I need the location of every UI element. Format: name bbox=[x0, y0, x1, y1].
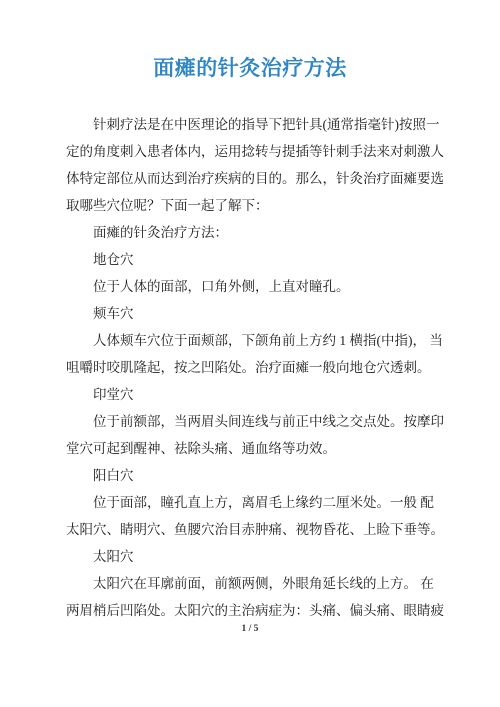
paragraph: 太阳穴 bbox=[66, 543, 444, 570]
page-number: 1 / 5 bbox=[0, 622, 500, 636]
text-line: 太阳穴、睛明穴、鱼腰穴治目赤肿痛、视物昏花、上睑下垂等。 bbox=[66, 516, 444, 543]
text-line: 两眉梢后凹陷处。太阳穴的主治病症为：头痛、偏头痛、眼睛疲 bbox=[66, 597, 444, 624]
text-line: 针刺疗法是在中医理论的指导下把针具(通常指毫针)按照一 bbox=[66, 111, 444, 138]
paragraph: 地仓穴 bbox=[66, 246, 444, 273]
text-line: 体特定部位从而达到治疗疾病的目的。那么，针灸治疗面瘫要选 bbox=[66, 165, 444, 192]
text-line: 定的角度刺入患者体内，运用捻转与提插等针刺手法来对刺激人 bbox=[66, 138, 444, 165]
text-line: 位于人体的面部，口角外侧，上直对瞳孔。 bbox=[66, 273, 444, 300]
paragraph: 印堂穴 bbox=[66, 381, 444, 408]
page-title: 面瘫的针灸治疗方法 bbox=[0, 52, 500, 82]
text-line: 地仓穴 bbox=[66, 246, 444, 273]
paragraph: 阳白穴 bbox=[66, 462, 444, 489]
text-line: 堂穴可起到醒神、祛除头痛、通血络等功效。 bbox=[66, 435, 444, 462]
text-line: 面瘫的针灸治疗方法： bbox=[66, 219, 444, 246]
text-line: 位于面部，瞳孔直上方，离眉毛上缘约二厘米处。一般 配 bbox=[66, 489, 444, 516]
text-line: 位于前额部，当两眉头间连线与前正中线之交点处。按摩印 bbox=[66, 408, 444, 435]
paragraph: 人体颊车穴位于面颊部，下颌角前上方约 1 横指(中指)， 当咀嚼时咬肌隆起，按之… bbox=[66, 327, 444, 381]
document-body: 针刺疗法是在中医理论的指导下把针具(通常指毫针)按照一定的角度刺入患者体内，运用… bbox=[66, 111, 444, 624]
text-line: 太阳穴在耳廓前面，前额两侧，外眼角延长线的上方。 在 bbox=[66, 570, 444, 597]
text-line: 人体颊车穴位于面颊部，下颌角前上方约 1 横指(中指)， 当 bbox=[66, 327, 444, 354]
text-line: 阳白穴 bbox=[66, 462, 444, 489]
paragraph: 面瘫的针灸治疗方法： bbox=[66, 219, 444, 246]
paragraph: 位于面部，瞳孔直上方，离眉毛上缘约二厘米处。一般 配太阳穴、睛明穴、鱼腰穴治目赤… bbox=[66, 489, 444, 543]
text-line: 取哪些穴位呢？下面一起了解下： bbox=[66, 192, 444, 219]
text-line: 太阳穴 bbox=[66, 543, 444, 570]
paragraph: 太阳穴在耳廓前面，前额两侧，外眼角延长线的上方。 在两眉梢后凹陷处。太阳穴的主治… bbox=[66, 570, 444, 624]
text-line: 咀嚼时咬肌隆起，按之凹陷处。治疗面瘫一般向地仓穴透刺。 bbox=[66, 354, 444, 381]
paragraph: 颊车穴 bbox=[66, 300, 444, 327]
text-line: 颊车穴 bbox=[66, 300, 444, 327]
paragraph: 位于人体的面部，口角外侧，上直对瞳孔。 bbox=[66, 273, 444, 300]
text-line: 印堂穴 bbox=[66, 381, 444, 408]
paragraph: 针刺疗法是在中医理论的指导下把针具(通常指毫针)按照一定的角度刺入患者体内，运用… bbox=[66, 111, 444, 219]
paragraph: 位于前额部，当两眉头间连线与前正中线之交点处。按摩印堂穴可起到醒神、祛除头痛、通… bbox=[66, 408, 444, 462]
document-page: 面瘫的针灸治疗方法 针刺疗法是在中医理论的指导下把针具(通常指毫针)按照一定的角… bbox=[0, 0, 500, 707]
